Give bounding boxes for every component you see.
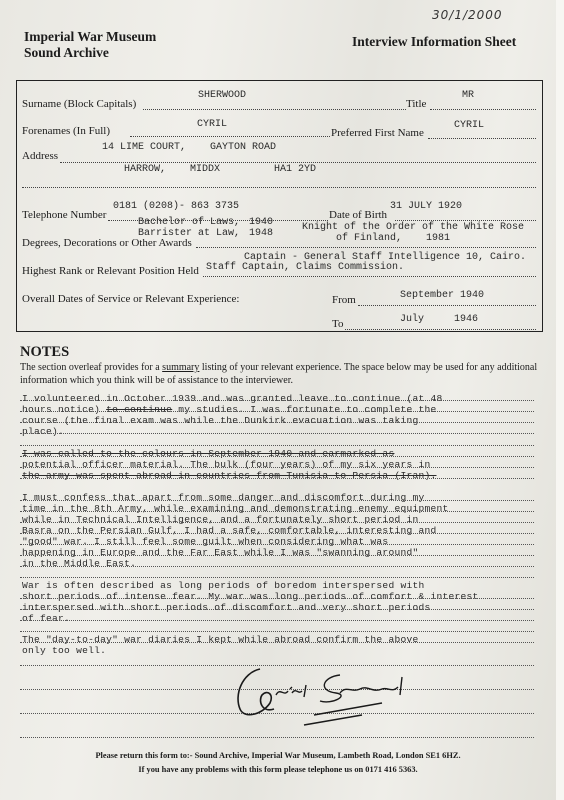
service-to-field-line	[345, 329, 536, 330]
surname-label: Surname (Block Capitals)	[22, 98, 136, 110]
notes-line: only too well.	[22, 645, 106, 656]
award-line-2: of Finland, 1981	[336, 233, 450, 244]
address-label: Address	[22, 150, 58, 162]
notes-line: in the Middle East.	[22, 558, 136, 569]
notes-line: while in Technical Intelligence, and a f…	[22, 514, 418, 525]
notes-instructions: The section overleaf provides for a summ…	[20, 362, 550, 387]
ruled-line	[20, 555, 534, 556]
notes-line: "good" war. I still feel some guilt when…	[22, 536, 388, 547]
notes-line: I was called to the colours in September…	[22, 448, 394, 459]
award-line-1: Knight of the Order of the White Rose	[302, 222, 524, 233]
notes-line: Basra on the Persian Gulf, I had a safe,…	[22, 525, 437, 536]
rank-label: Highest Rank or Relevant Position Held	[22, 265, 199, 277]
degrees-label: Degrees, Decorations or Other Awards	[22, 237, 192, 249]
ruled-line	[20, 433, 534, 434]
rank-line-2: Staff Captain, Claims Commission.	[206, 262, 404, 273]
title-value: MR	[462, 90, 474, 101]
ruled-line	[20, 511, 534, 512]
notes-line: potential officer material. The bulk (fo…	[22, 459, 431, 470]
ruled-line	[20, 400, 534, 401]
notes-line: of fear.	[22, 613, 70, 624]
org-line-2: Sound Archive	[24, 45, 156, 61]
degrees-field-line	[196, 247, 536, 248]
ruled-line	[20, 411, 534, 412]
notes-line: course (the final exam was while the Dun…	[22, 415, 418, 426]
footer-return-address: Please return this form to:- Sound Archi…	[0, 751, 556, 760]
degree-1-text: Bachelor of Laws,	[138, 217, 240, 228]
notes-line: happening in Europe and the Far East whi…	[22, 547, 418, 558]
notes-line: place).	[22, 426, 64, 437]
service-from-field-line	[358, 305, 536, 306]
ruled-line	[20, 445, 534, 446]
address-line-2: HARROW, MIDDX HA1 2YD	[124, 164, 316, 175]
notes-line: time in the 8th Army, while examining an…	[22, 503, 449, 514]
preferred-name-label: Preferred First Name	[331, 127, 424, 139]
struck-text: to continue	[106, 404, 172, 415]
org-line-1: Imperial War Museum	[24, 29, 156, 45]
service-from-value: September 1940	[400, 290, 484, 301]
notes-line: The "day-to-day" war diaries I kept whil…	[22, 634, 418, 645]
notes-line: interspersed with short periods of disco…	[22, 602, 431, 613]
sheet-title: Interview Information Sheet	[352, 34, 516, 50]
ruled-line	[20, 577, 534, 578]
ruled-line	[20, 456, 534, 457]
ruled-line	[20, 631, 534, 632]
ruled-line	[20, 544, 534, 545]
address-line-1: 14 LIME COURT, GAYTON ROAD	[102, 142, 276, 153]
service-to-label: To	[332, 318, 343, 330]
telephone-value: 0181 (0208)- 863 3735	[113, 201, 239, 212]
address-field-line-2	[22, 187, 536, 188]
service-dates-label: Overall Dates of Service or Relevant Exp…	[22, 293, 239, 305]
degree-2-year: 1948	[249, 228, 273, 239]
degree-1-year: 1940	[249, 217, 273, 228]
date-of-birth-label: Date of Birth	[329, 209, 387, 221]
rank-field-line	[203, 276, 536, 277]
notes-line: I volunteered in October 1939 and was gr…	[22, 393, 443, 404]
ruled-line	[20, 598, 534, 599]
ruled-line	[20, 478, 534, 479]
organization-name: Imperial War Museum Sound Archive	[24, 29, 156, 61]
paper-edge	[556, 0, 564, 800]
date-of-birth-field-line	[395, 220, 536, 221]
notes-line: hours notice) to continue my studies. I …	[22, 404, 437, 415]
ruled-line	[20, 533, 534, 534]
service-from-label: From	[332, 294, 356, 306]
notes-heading: NOTES	[20, 344, 69, 361]
ruled-line	[20, 620, 534, 621]
summary-emphasis: summary	[162, 362, 199, 373]
preferred-name-field-line	[428, 138, 536, 139]
ruled-line	[20, 566, 534, 567]
notes-line: I must confess that apart from some dang…	[22, 492, 424, 503]
handwritten-date: 30/1/2000	[432, 8, 503, 22]
notes-line: short periods of intense fear. My war wa…	[22, 591, 479, 602]
address-field-line-1	[60, 162, 536, 163]
surname-field-line	[143, 109, 406, 110]
ruled-line	[20, 500, 534, 501]
footer-contact: If you have any problems with this form …	[0, 765, 556, 774]
forenames-label: Forenames (In Full)	[22, 125, 110, 137]
ruled-line	[20, 522, 534, 523]
ruled-line	[20, 609, 534, 610]
forenames-value: CYRIL	[197, 119, 227, 130]
service-to-value: July 1946	[400, 314, 478, 325]
notes-line: War is often described as long periods o…	[22, 580, 424, 591]
date-of-birth-value: 31 JULY 1920	[390, 201, 462, 212]
ruled-line	[20, 467, 534, 468]
ruled-line	[20, 642, 534, 643]
ruled-line	[20, 737, 534, 738]
telephone-label: Telephone Number	[22, 209, 106, 221]
title-field-line	[430, 109, 536, 110]
ruled-line	[20, 422, 534, 423]
title-label: Title	[406, 98, 426, 110]
forenames-field-line	[130, 136, 330, 137]
notes-line: the army was spent abroad in countries f…	[22, 470, 437, 481]
signature-image: Cyril Sherwood	[232, 665, 422, 729]
preferred-name-value: CYRIL	[454, 120, 484, 131]
surname-value: SHERWOOD	[198, 90, 246, 101]
